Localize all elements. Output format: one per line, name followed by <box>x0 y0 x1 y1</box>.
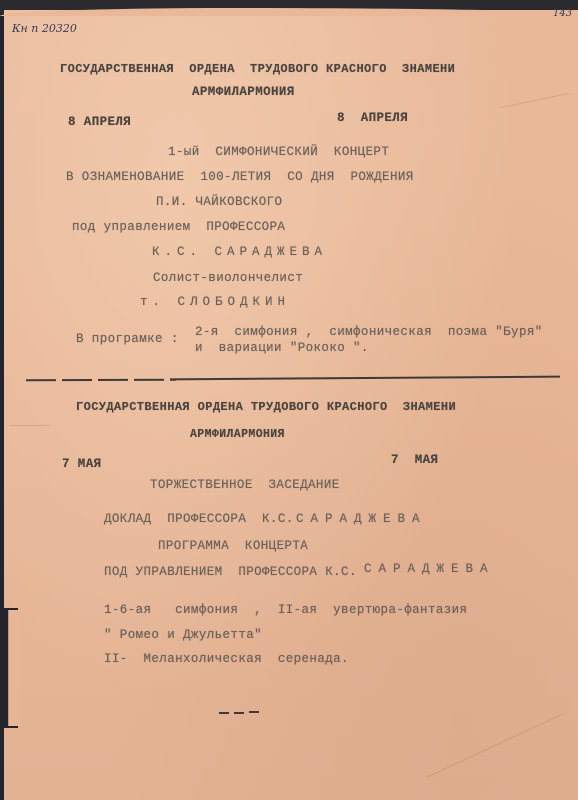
soloist-name: т. СЛОБОДКИН <box>140 295 290 309</box>
conductor-line-prefix: ПОД УПРАВЛЕНИЕМ ПРОФЕССОРА К.С. <box>104 565 357 579</box>
date-right: 7 МАЯ <box>391 453 438 467</box>
program-item-2: " Ромео и Джульетта" <box>104 628 262 642</box>
composer-line: П.И. ЧАЙКОВСКОГО <box>156 195 282 209</box>
conductor-name: К.С. САРАДЖЕВА <box>152 245 327 259</box>
end-mark <box>219 712 229 714</box>
page-number: 143 <box>553 8 572 19</box>
occasion-line: В ОЗНАМЕНОВАНИЕ 100-ЛЕТИЯ СО ДНЯ РОЖДЕНИ… <box>66 170 414 184</box>
program-line1: 2-я симфония , симфоническая поэма "Буря… <box>195 325 543 339</box>
concert-program-heading: ПРОГРАММА КОНЦЕРТА <box>158 539 308 553</box>
org-name-line1: ГОСУДАРСТВЕННАЯ ОРДЕНА ТРУДОВОГО КРАСНОГ… <box>60 62 455 76</box>
soloist-role: Солист-виолончелист <box>153 271 303 285</box>
report-line-prefix: ДОКЛАД ПРОФЕССОРА К.С. <box>104 512 294 526</box>
report-line-name: САРАДЖЕВА <box>296 512 427 526</box>
end-mark <box>249 711 259 713</box>
program-label: В програмке : <box>76 332 179 346</box>
conductor-line-name: САРАДЖЕВА <box>364 562 495 576</box>
date-left: 7 МАЯ <box>62 457 102 471</box>
program-line2: и вариации "Рококо ". <box>195 341 369 355</box>
org-name-line1: ГОСУДАРСТВЕННАЯ ОРДЕНА ТРУДОВОГО КРАСНОГ… <box>76 400 456 414</box>
org-name-line2: АРМФИЛАРМОНИЯ <box>190 428 285 441</box>
archive-mark: Кн п 20320 <box>12 22 77 35</box>
conductor-intro: под управлением ПРОФЕССОРА <box>72 220 285 234</box>
paper-fold-flap <box>8 610 21 726</box>
program-item-3: II- Меланхолическая серенада. <box>104 652 349 666</box>
concert-title: 1-ый СИМФОНИЧЕСКИЙ КОНЦЕРТ <box>168 145 389 159</box>
end-mark <box>234 712 244 714</box>
paper-crease <box>10 425 50 426</box>
torn-edge <box>0 8 578 16</box>
meeting-title: ТОРЖЕСТВЕННОЕ ЗАСЕДАНИЕ <box>150 478 340 492</box>
program-item-1: 1-6-ая симфония , II-ая увертюра-фантази… <box>104 603 467 617</box>
date-left: 8 АПРЕЛЯ <box>68 115 131 129</box>
org-name-line2: АРМФИЛАРМОНИЯ <box>192 85 295 99</box>
date-right: 8 АПРЕЛЯ <box>337 111 408 125</box>
